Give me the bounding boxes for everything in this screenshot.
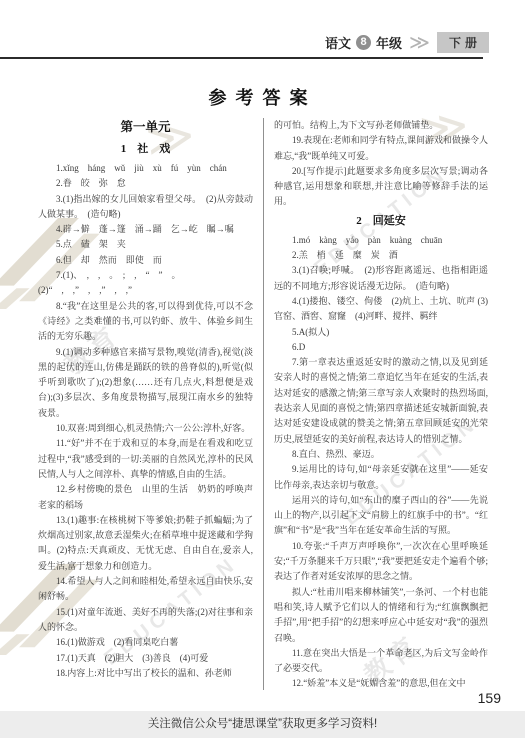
- chevron-icon: ≫: [409, 36, 430, 50]
- answer-paragraph: 9.运用比的诗句,如“母亲延安就在这里”——延安比作母亲,表达亲切与敬意。: [274, 462, 488, 493]
- answer-paragraph: 16.(1)做游戏 (2)看同桌吃白薯: [38, 635, 253, 650]
- subject-label: 语文: [325, 33, 351, 52]
- answer-paragraph: 17.(1)天真 (2)胆大 (3)善良 (4)可爱: [38, 651, 253, 666]
- answer-paragraph: 5.点 磕 架 夹: [38, 237, 253, 252]
- answer-paragraph: 19.表现在:老师和同学有特点,课间游戏和做操令人难忘,“我”既单纯又可爱。: [274, 133, 488, 164]
- answers-right-column: 的可怕。结构上,为下文写孙老师做铺垫。19.表现在:老师和同学有特点,课间游戏和…: [263, 118, 488, 690]
- answer-paragraph: 18.内容上:对比中写出了校长的温和、孙老师: [38, 666, 253, 681]
- answer-paragraph: 3.(1)召唤;呼喊。 (2)形容距离遥远、也指相距遥远的不同地方;形容说话漫无…: [274, 263, 488, 294]
- lesson-heading: 2 回延安: [274, 213, 488, 229]
- answer-paragraph: 7.第一章表达重返延安时的激动之情,以及见到延安亲人时的喜悦之情;第二章追忆当年…: [274, 355, 488, 447]
- answer-paragraph: 4.(1)搂抱、镂空、佝偻 (2)炕上、土坑、吭声 (3)官窑、酒窖、窟窿 (4…: [274, 294, 488, 325]
- answer-paragraph: 的可怕。结构上,为下文写孙老师做铺垫。: [274, 118, 488, 133]
- answer-paragraph: 12.“娇羞”本义是“妩媚含羞”的意思,但在文中: [274, 676, 488, 691]
- answer-paragraph: 20.[写作提示]此题要求多角度多层次写景;调动各种感官,运用想象和联想,并注意…: [274, 164, 488, 210]
- answer-paragraph: 9.(1)调动多种感官来描写景物,嗅觉(清香),视觉(淡黑的起伏的连山,仿佛是踊…: [38, 345, 253, 421]
- answer-paragraph: 10.双喜:周到细心,机灵热情;六一公公:淳朴,好客。: [38, 421, 253, 436]
- answer-paragraph: 6.D: [274, 340, 488, 355]
- answers-left-column: 第一单元1 社 戏1.xǐng háng wǔ jiù xù fú yùn ch…: [38, 118, 263, 690]
- answer-paragraph: 13.(1)趣事:在核桃树下等爹娘;扔鞋子抓蝙蝠;为了炊烟高过别家,故意丢湿柴火…: [38, 513, 253, 574]
- page-number: 159: [478, 690, 501, 706]
- answer-paragraph: 4.辟→僻 蓬→篷 涌→踊 乞→屹 瞩→嘱: [38, 222, 253, 237]
- answer-paragraph: 2.眷 皎 弥 怠: [38, 176, 253, 191]
- answer-paragraph: 1.xǐng háng wǔ jiù xù fú yùn chán: [38, 161, 253, 176]
- answer-paragraph: 8.直白、热烈、豪迈。: [274, 447, 488, 462]
- page-title: 参考答案: [0, 84, 525, 110]
- answer-paragraph: 5.A(拟人): [274, 325, 488, 340]
- answer-paragraph: 1.mó kàng yáo pàn kuàng chuān: [274, 233, 488, 248]
- answer-paragraph: 6.但 却 然而 即使 而: [38, 253, 253, 268]
- answer-paragraph: 8.“我”在这里是公共的客,可以得到优待,可以不念《诗经》之类难懂的书,可以钓虾…: [38, 299, 253, 345]
- unit-heading: 第一单元: [38, 119, 253, 136]
- volume-badge: 下册: [437, 32, 489, 53]
- answer-paragraph: (2)“ , ,” , ,” , ,”: [38, 283, 253, 298]
- answer-paragraph: 15.(1)对童年流逝、美好不再的失落;(2)对往事和亲人的怀念。: [38, 605, 253, 636]
- answers-area: 第一单元1 社 戏1.xǐng háng wǔ jiù xù fú yùn ch…: [38, 118, 488, 690]
- answer-book-page: ≫ ≫ EDUCATION 教育 EDUCATION EDUCATION 教育 …: [0, 0, 525, 738]
- grade-badge: 8: [356, 35, 371, 50]
- answer-paragraph: 2.羔 梢 延 糜 炭 酒: [274, 248, 488, 263]
- lesson-heading: 1 社 戏: [38, 141, 253, 157]
- answer-paragraph: 7.(1)、 , , 。 ; , “ ” 。: [38, 268, 253, 283]
- answer-paragraph: 11.意在突出大悟是一个革命老区,为后文写金岭作了必要交代。: [274, 646, 488, 677]
- answer-paragraph: 3.(1)指出嫁的女儿回娘家看望父母。 (2)从旁鼓动人做某事。 (造句略): [38, 192, 253, 223]
- answer-paragraph: 12.乡村傍晚的景色 山里的生活 奶奶的呼唤声 老家的稻场: [38, 482, 253, 513]
- page-header: 语文 8 年级 ≫ 下册: [325, 32, 489, 53]
- answer-paragraph: 拟人:“杜甫川唱来柳林铺笑”,一条河、一个村也能唱和笑,诗人赋予它们以人的情绪和…: [274, 585, 488, 646]
- header-rule: [0, 57, 483, 59]
- grade-word: 年级: [376, 33, 402, 52]
- answer-paragraph: 运用兴的诗句,如“东山的糜子西山的谷”——先说山上的物产,以引起下文“肩膀上的红…: [274, 493, 488, 539]
- answer-paragraph: 10.夸张:“千声万声呼唤你”,一次次在心里呼唤延安;“千万条腿来千万只眼”,“…: [274, 539, 488, 585]
- answer-paragraph: 11.“好”并不在于戏和豆的本身,而是在看戏和吃豆过程中,“我”感受到的一切:美…: [38, 436, 253, 482]
- answer-paragraph: 14.希望人与人之间和睦相处,希望永远自由快乐,安闲舒畅。: [38, 574, 253, 605]
- footer-banner: 关注微信公众号“捷思课堂”获取更多学习资料!: [0, 711, 525, 738]
